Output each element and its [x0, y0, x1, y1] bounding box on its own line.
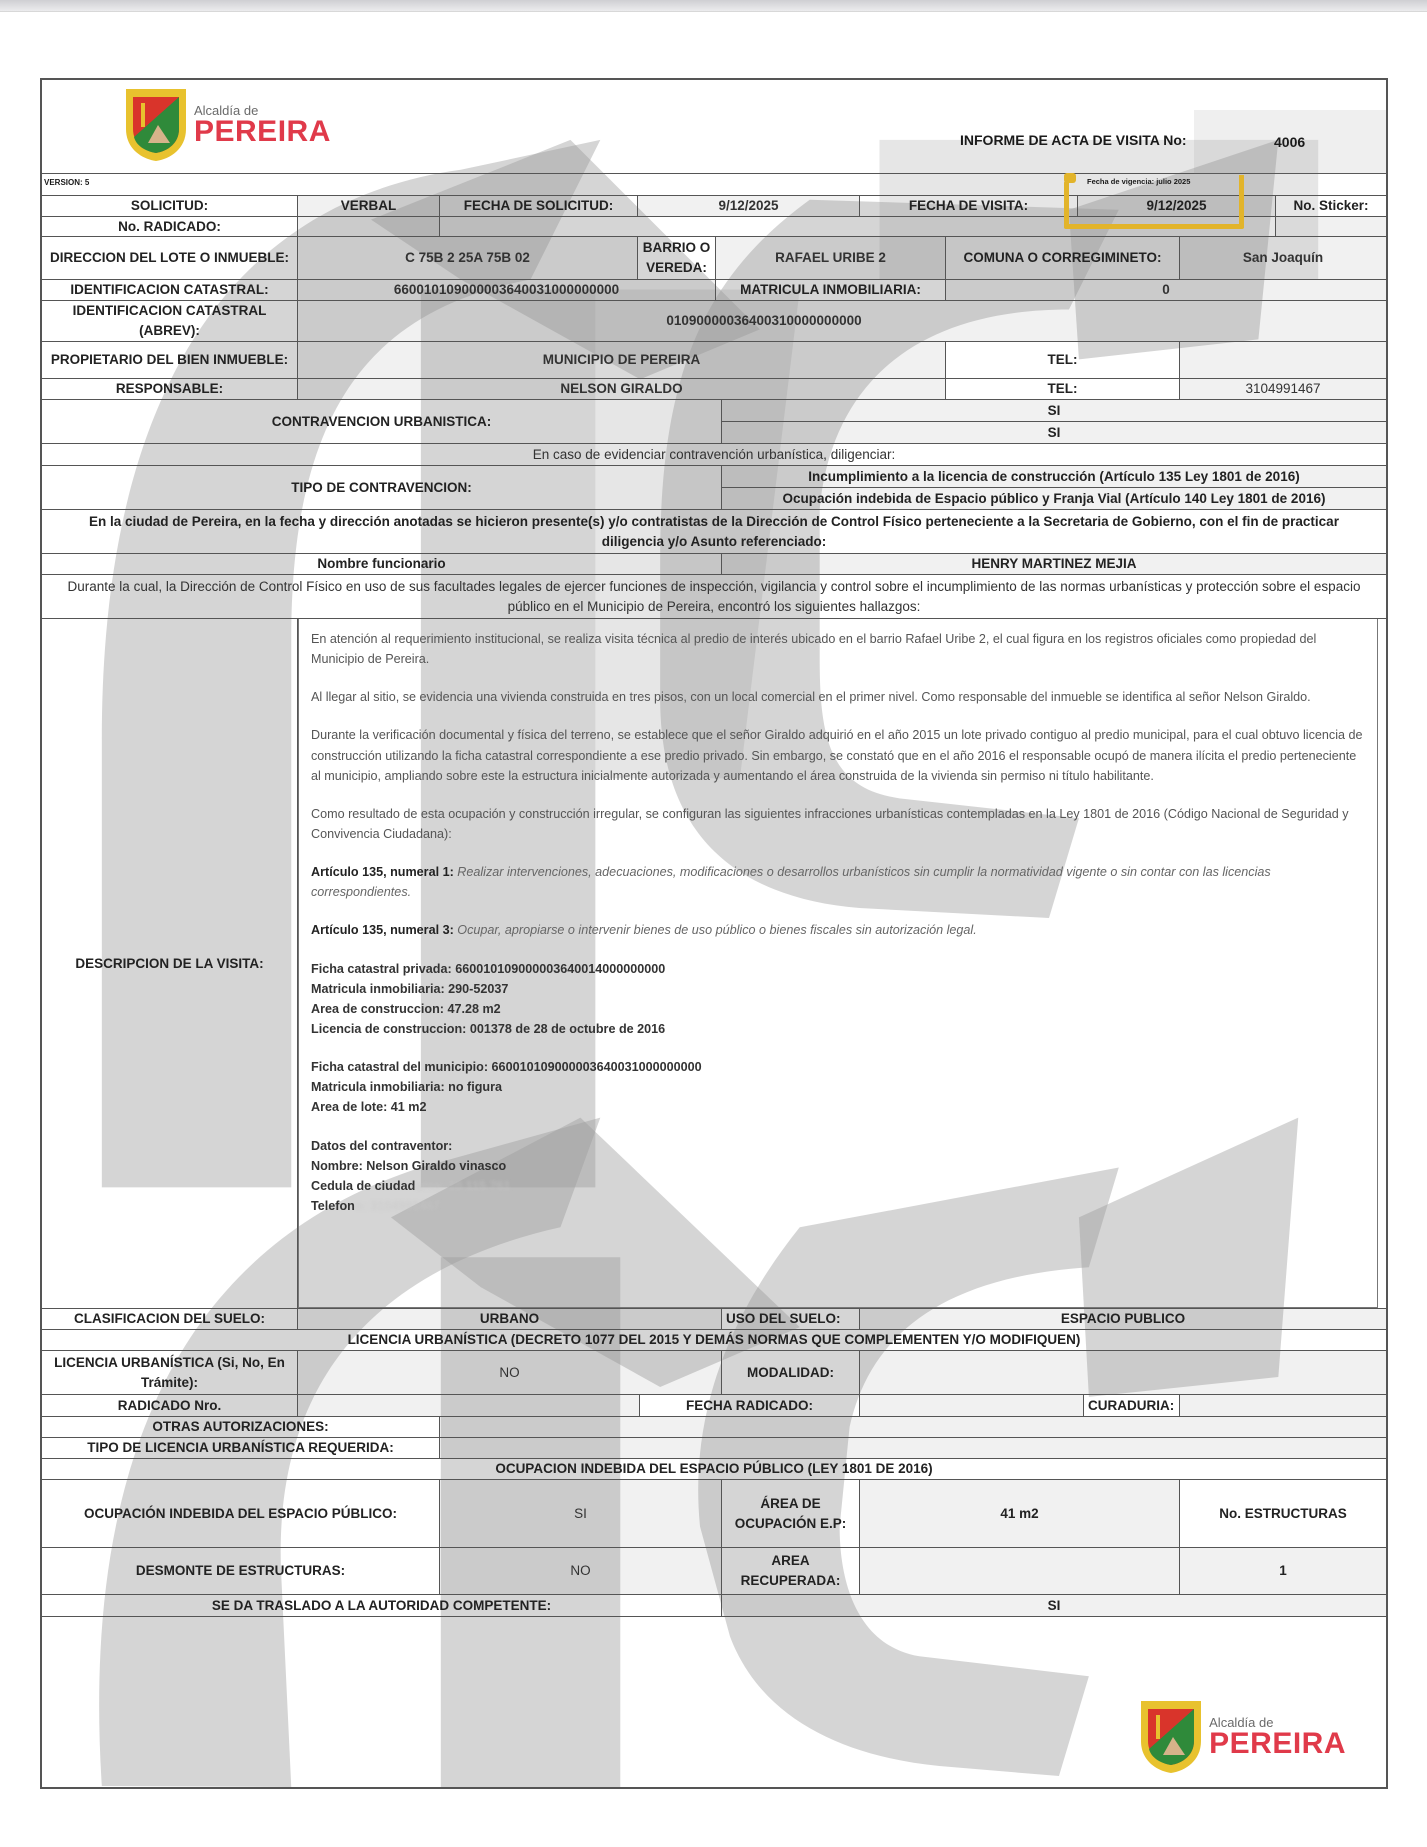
area-recuperada-label: AREA RECUPERADA: — [722, 1548, 860, 1594]
otras-autorizaciones-row: OTRAS AUTORIZACIONES: — [42, 1417, 1386, 1438]
responsable-label: RESPONSABLE: — [42, 379, 298, 399]
licencia-value: NO — [298, 1351, 722, 1394]
intro-paragraph: En la ciudad de Pereira, en la fecha y d… — [42, 510, 1386, 553]
direccion-row: DIRECCION DEL LOTE O INMUEBLE: C 75B 2 2… — [42, 237, 1386, 280]
catastral-abrev-label: IDENTIFICACION CATASTRAL (ABREV): — [42, 301, 298, 341]
acta-number-label: INFORME DE ACTA DE VISITA No: — [960, 132, 1187, 148]
radicado-nro-label: RADICADO Nro. — [42, 1395, 298, 1416]
radicado-nro-value — [298, 1395, 640, 1416]
radicado-value — [298, 217, 440, 236]
catastral-value: 660010109000003640031000000000 — [298, 280, 716, 300]
tipo-contravencion-row: TIPO DE CONTRAVENCION: Incumplimiento a … — [42, 466, 1386, 510]
acta-number-value: 4006 — [1194, 110, 1386, 174]
fecha-solicitud-value: 9/12/2025 — [638, 196, 860, 216]
licencia-label: LICENCIA URBANÍSTICA (Si, No, En Trámite… — [42, 1351, 298, 1394]
radicado-label: No. RADICADO: — [42, 217, 298, 236]
art3-text: Ocupar, apropiarse o intervenir bienes d… — [457, 923, 976, 937]
contraventor-nombre: Nombre: Nelson Giraldo vinasco — [311, 1156, 1365, 1176]
descripcion-p4: Como resultado de esta ocupación y const… — [311, 804, 1365, 844]
area-lote: Area de lote: 41 m2 — [311, 1097, 1365, 1117]
uso-suelo-label: USO DEL SUELO: — [722, 1309, 860, 1329]
sticker-label: No. Sticker: — [1276, 196, 1386, 216]
area-recuperada-value — [860, 1548, 1180, 1594]
matricula-value: 0 — [946, 280, 1386, 300]
descripcion-row: DESCRIPCION DE LA VISITA: En atención al… — [42, 619, 1386, 1309]
contraventor-title: Datos del contraventor: — [311, 1136, 1365, 1156]
redacted-telefono: o: 3104991467 — [355, 1199, 440, 1213]
tipo-licencia-row: TIPO DE LICENCIA URBANÍSTICA REQUERIDA: — [42, 1438, 1386, 1459]
tipo-contravencion-value-1: Incumplimiento a la licencia de construc… — [722, 466, 1386, 488]
contravencion-value-1: SI — [722, 400, 1386, 422]
descripcion-p3: Durante la verificación documental y fís… — [311, 725, 1365, 785]
estructuras-label: No. ESTRUCTURAS — [1180, 1480, 1386, 1547]
durante-paragraph: Durante la cual, la Dirección de Control… — [42, 575, 1386, 618]
pereira-shield-icon — [124, 87, 188, 163]
desmonte-row: DESMONTE DE ESTRUCTURAS: NO AREA RECUPER… — [42, 1548, 1386, 1595]
ficha-municipio: Ficha catastral del municipio: 660010109… — [311, 1057, 1365, 1077]
articulo-135-1: Artículo 135, numeral 1: Realizar interv… — [311, 862, 1365, 902]
area-ocupacion-label: ÁREA DE OCUPACIÓN E.P: — [722, 1480, 860, 1547]
ocupacion-label: OCUPACIÓN INDEBIDA DEL ESPACIO PÚBLICO: — [42, 1480, 440, 1547]
tipo-contravencion-value-2: Ocupación indebida de Espacio público y … — [722, 488, 1386, 510]
comuna-label: COMUNA O CORREGIMINETO: — [946, 237, 1180, 279]
solicitud-label: SOLICITUD: — [42, 196, 298, 216]
contraventor-cedula: Cedula de ciudadania: 10.115.761 — [311, 1176, 1365, 1196]
matricula-privada: Matricula inmobiliaria: 290-52037 — [311, 979, 1365, 999]
footer-logo-title: PEREIRA — [1209, 1729, 1346, 1759]
ficha-privada-block: Ficha catastral privada: 660010109000003… — [311, 959, 1365, 1040]
funcionario-row: Nombre funcionario HENRY MARTINEZ MEJIA — [42, 554, 1386, 575]
licencia-header-row: LICENCIA URBANÍSTICA (DECRETO 1077 DEL 2… — [42, 1330, 1386, 1351]
art3-label: Artículo 135, numeral 3: — [311, 923, 454, 937]
barrio-label: BARRIO O VEREDA: — [638, 237, 716, 279]
barrio-value: RAFAEL URIBE 2 — [716, 237, 946, 279]
tipo-licencia-value — [440, 1438, 1386, 1458]
curaduria-label: CURADURIA: — [1084, 1395, 1180, 1416]
contraventor-telefono: Telefono: 3104991467 — [311, 1196, 1365, 1216]
direccion-value: C 75B 2 25A 75B 02 — [298, 237, 638, 279]
descripcion-p2: Al llegar al sitio, se evidencia una viv… — [311, 687, 1365, 707]
fecha-radicado-value — [860, 1395, 1084, 1416]
intro-row: En la ciudad de Pereira, en la fecha y d… — [42, 510, 1386, 554]
en-caso-row: En caso de evidenciar contravención urba… — [42, 444, 1386, 466]
catastral-abrev-row: IDENTIFICACION CATASTRAL (ABREV): 010900… — [42, 301, 1386, 342]
contraventor-block: Datos del contraventor: Nombre: Nelson G… — [311, 1136, 1365, 1217]
suelo-row: CLASIFICACION DEL SUELO: URBANO USO DEL … — [42, 1309, 1386, 1330]
traslado-label: SE DA TRASLADO A LA AUTORIDAD COMPETENTE… — [42, 1595, 722, 1616]
area-ocupacion-value: 41 m2 — [860, 1480, 1180, 1547]
ocupacion-header: OCUPACION INDEBIDA DEL ESPACIO PÚBLICO (… — [42, 1459, 1386, 1479]
propietario-row: PROPIETARIO DEL BIEN INMUEBLE: MUNICIPIO… — [42, 342, 1386, 379]
funcionario-label: Nombre funcionario — [42, 554, 722, 574]
redacted-cedula: ania: 10.115.761 — [415, 1179, 510, 1193]
propietario-value: MUNICIPIO DE PEREIRA — [298, 342, 946, 378]
funcionario-value: HENRY MARTINEZ MEJIA — [722, 554, 1386, 574]
ocupacion-header-row: OCUPACION INDEBIDA DEL ESPACIO PÚBLICO (… — [42, 1459, 1386, 1480]
pereira-shield-icon — [1139, 1699, 1203, 1775]
catastral-abrev-value: 01090000036400310000000000 — [298, 301, 1386, 341]
art1-text: Realizar intervenciones, adecuaciones, m… — [311, 865, 1271, 899]
propietario-tel-value — [1180, 342, 1386, 378]
matricula-municipio: Matricula inmobiliaria: no figura — [311, 1077, 1365, 1097]
ficha-municipio-block: Ficha catastral del municipio: 660010109… — [311, 1057, 1365, 1117]
acta-document: Alcaldía de PEREIRA INFORME DE ACTA DE V… — [40, 78, 1388, 1789]
comuna-value: San Joaquín — [1180, 237, 1386, 279]
sticker-value — [1276, 217, 1386, 236]
contravencion-value-2: SI — [722, 422, 1386, 444]
descripcion-p1: En atención al requerimiento institucion… — [311, 629, 1365, 669]
radicado-nro-row: RADICADO Nro. FECHA RADICADO: CURADURIA: — [42, 1395, 1386, 1417]
durante-row: Durante la cual, la Dirección de Control… — [42, 575, 1386, 619]
clasificacion-suelo-value: URBANO — [298, 1309, 722, 1329]
highlight-annotation — [1064, 181, 1244, 229]
viewer-top-bar — [0, 0, 1427, 12]
direccion-label: DIRECCION DEL LOTE O INMUEBLE: — [42, 237, 298, 279]
contravencion-row: CONTRAVENCION URBANISTICA: SI SI — [42, 400, 1386, 444]
responsable-tel-label: TEL: — [946, 379, 1180, 399]
modalidad-value — [860, 1351, 1386, 1394]
fecha-radicado-label: FECHA RADICADO: — [640, 1395, 860, 1416]
responsable-value: NELSON GIRALDO — [298, 379, 946, 399]
solicitud-value: VERBAL — [298, 196, 440, 216]
estructuras-value: 1 — [1180, 1548, 1386, 1594]
licencia-header: LICENCIA URBANÍSTICA (DECRETO 1077 DEL 2… — [42, 1330, 1386, 1350]
descripcion-label: DESCRIPCION DE LA VISITA: — [42, 619, 298, 1308]
responsable-row: RESPONSABLE: NELSON GIRALDO TEL: 3104991… — [42, 379, 1386, 400]
fecha-visita-label: FECHA DE VISITA: — [860, 196, 1078, 216]
curaduria-value — [1180, 1395, 1386, 1416]
modalidad-label: MODALIDAD: — [722, 1351, 860, 1394]
tipo-licencia-label: TIPO DE LICENCIA URBANÍSTICA REQUERIDA: — [42, 1438, 440, 1458]
alcaldia-logo: Alcaldía de PEREIRA — [124, 87, 331, 163]
descripcion-content: En atención al requerimiento institucion… — [298, 619, 1378, 1308]
contravencion-label: CONTRAVENCION URBANISTICA: — [42, 400, 722, 443]
desmonte-label: DESMONTE DE ESTRUCTURAS: — [42, 1548, 440, 1594]
licencia-construccion: Licencia de construccion: 001378 de 28 d… — [311, 1019, 1365, 1039]
art1-label: Artículo 135, numeral 1: — [311, 865, 454, 879]
articulo-135-3: Artículo 135, numeral 3: Ocupar, apropia… — [311, 920, 1365, 940]
licencia-row: LICENCIA URBANÍSTICA (Si, No, En Trámite… — [42, 1351, 1386, 1395]
ficha-privada: Ficha catastral privada: 660010109000003… — [311, 959, 1365, 979]
propietario-label: PROPIETARIO DEL BIEN INMUEBLE: — [42, 342, 298, 378]
en-caso-text: En caso de evidenciar contravención urba… — [42, 444, 1386, 465]
document-header: Alcaldía de PEREIRA INFORME DE ACTA DE V… — [42, 80, 1386, 174]
matricula-label: MATRICULA INMOBILIARIA: — [716, 280, 946, 300]
footer-alcaldia-logo: Alcaldía de PEREIRA — [1139, 1699, 1346, 1775]
ocupacion-row: OCUPACIÓN INDEBIDA DEL ESPACIO PÚBLICO: … — [42, 1480, 1386, 1548]
otras-autorizaciones-label: OTRAS AUTORIZACIONES: — [42, 1417, 440, 1437]
otras-autorizaciones-value — [440, 1417, 1386, 1437]
responsable-tel-value: 3104991467 — [1180, 379, 1386, 399]
logo-title: PEREIRA — [194, 117, 331, 147]
catastral-label: IDENTIFICACION CATASTRAL: — [42, 280, 298, 300]
tipo-contravencion-label: TIPO DE CONTRAVENCION: — [42, 466, 722, 509]
traslado-row: SE DA TRASLADO A LA AUTORIDAD COMPETENTE… — [42, 1595, 1386, 1617]
catastral-row: IDENTIFICACION CATASTRAL: 66001010900000… — [42, 280, 1386, 301]
traslado-value: SI — [722, 1595, 1386, 1616]
clasificacion-suelo-label: CLASIFICACION DEL SUELO: — [42, 1309, 298, 1329]
desmonte-value: NO — [440, 1548, 722, 1594]
area-construccion: Area de construccion: 47.28 m2 — [311, 999, 1365, 1019]
fecha-solicitud-label: FECHA DE SOLICITUD: — [440, 196, 638, 216]
propietario-tel-label: TEL: — [946, 342, 1180, 378]
ocupacion-value: SI — [440, 1480, 722, 1547]
uso-suelo-value: ESPACIO PUBLICO — [860, 1309, 1386, 1329]
